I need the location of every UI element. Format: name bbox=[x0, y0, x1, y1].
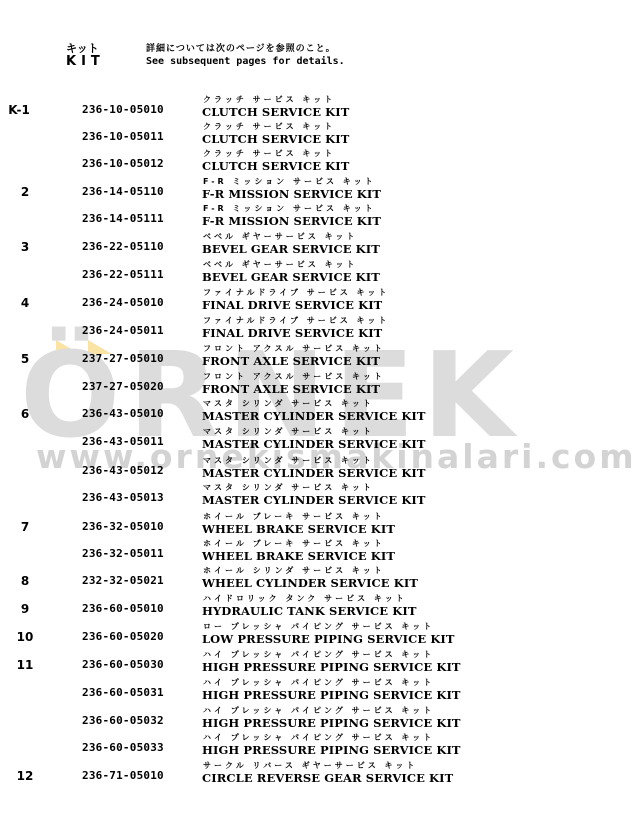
part-name-jp: フロント アクスル サービス キット bbox=[203, 343, 385, 354]
kit-list-item: 5 237-27-05010 フロント アクスル サービス キット FRONT … bbox=[0, 343, 638, 370]
kit-list-item: 6 236-43-05010 マスタ シリンダ サービス キット MASTER … bbox=[0, 398, 638, 425]
part-name: BEVEL GEAR SERVICE KIT bbox=[202, 242, 380, 256]
part-name: F-R MISSION SERVICE KIT bbox=[202, 214, 381, 228]
part-name-jp: ハイドロリック タンク サービス キット bbox=[203, 593, 407, 604]
part-name: WHEEL BRAKE SERVICE KIT bbox=[202, 522, 395, 536]
item-number: 9 bbox=[8, 602, 42, 616]
part-name-jp: クラッチ サービス キット bbox=[203, 94, 335, 105]
item-number: 12 bbox=[8, 769, 42, 783]
part-name: WHEEL CYLINDER SERVICE KIT bbox=[202, 576, 418, 590]
kit-list-item: 7 236-32-05010 ホイール ブレーキ サービス キット WHEEL … bbox=[0, 511, 638, 538]
kit-list-item: 236-10-05012 クラッチ サービス キット CLUTCH SERVIC… bbox=[0, 148, 638, 175]
part-name-jp: ハイ プレッシャ パイピング サービス キット bbox=[203, 649, 434, 660]
part-number: 236-22-05111 bbox=[82, 268, 164, 281]
item-number: 4 bbox=[8, 296, 42, 310]
item-number: 6 bbox=[8, 407, 42, 421]
kit-list-item: 236-14-05111 F-R ミッション サービス キット F-R MISS… bbox=[0, 203, 638, 230]
part-name-jp: マスタ シリンダ サービス キット bbox=[203, 482, 374, 493]
kit-list-item: 11 236-60-05030 ハイ プレッシャ パイピング サービス キット … bbox=[0, 649, 638, 676]
part-name: CIRCLE REVERSE GEAR SERVICE KIT bbox=[202, 771, 453, 785]
part-name: LOW PRESSURE PIPING SERVICE KIT bbox=[202, 632, 455, 646]
part-name: HYDRAULIC TANK SERVICE KIT bbox=[202, 604, 417, 618]
kit-list-item: 236-43-05012 マスタ シリンダ サービス キット MASTER CY… bbox=[0, 455, 638, 482]
part-number: 236-14-05111 bbox=[82, 212, 164, 225]
part-name-jp: ベベル ギヤーサービス キット bbox=[203, 259, 357, 270]
kit-list-item: 3 236-22-05110 ベベル ギヤーサービス キット BEVEL GEA… bbox=[0, 231, 638, 258]
part-name: HIGH PRESSURE PIPING SERVICE KIT bbox=[202, 688, 461, 702]
item-number: 10 bbox=[8, 630, 42, 644]
part-name-jp: マスタ シリンダ サービス キット bbox=[203, 455, 374, 466]
item-number: 7 bbox=[8, 520, 42, 534]
kit-heading: KIT bbox=[66, 54, 105, 69]
part-name-jp: ファイナルドライブ サービス キット bbox=[203, 315, 389, 326]
part-number: 236-60-05031 bbox=[82, 686, 164, 699]
part-number: 236-60-05020 bbox=[82, 630, 164, 643]
part-number: 236-10-05010 bbox=[82, 103, 164, 116]
kit-list-item: 237-27-05020 フロント アクスル サービス キット FRONT AX… bbox=[0, 371, 638, 398]
part-name: MASTER CYLINDER SERVICE KIT bbox=[202, 493, 426, 507]
part-number: 236-22-05110 bbox=[82, 240, 164, 253]
part-name: HIGH PRESSURE PIPING SERVICE KIT bbox=[202, 716, 461, 730]
part-number: 236-14-05110 bbox=[82, 185, 164, 198]
part-number: 236-24-05011 bbox=[82, 324, 164, 337]
part-name: FRONT AXLE SERVICE KIT bbox=[202, 382, 380, 396]
part-name: FRONT AXLE SERVICE KIT bbox=[202, 354, 380, 368]
kit-list-item: 9 236-60-05010 ハイドロリック タンク サービス キット HYDR… bbox=[0, 593, 638, 620]
part-number: 236-24-05010 bbox=[82, 296, 164, 309]
part-name: HIGH PRESSURE PIPING SERVICE KIT bbox=[202, 660, 461, 674]
part-name-jp: サークル リバース ギヤーサービス キット bbox=[203, 760, 417, 771]
kit-list-item: 236-24-05011 ファイナルドライブ サービス キット FINAL DR… bbox=[0, 315, 638, 342]
part-name: CLUTCH SERVICE KIT bbox=[202, 132, 349, 146]
part-name-jp: ホイール ブレーキ サービス キット bbox=[203, 511, 385, 522]
kit-list-item: 10 236-60-05020 ロー プレッシャ パイピング サービス キット … bbox=[0, 621, 638, 648]
kit-list-item: 8 232-32-05021 ホイール シリンダ サービス キット WHEEL … bbox=[0, 565, 638, 592]
part-number: 236-43-05011 bbox=[82, 435, 164, 448]
kit-list-item: K-1 236-10-05010 クラッチ サービス キット CLUTCH SE… bbox=[0, 94, 638, 121]
part-name-jp: ハイ プレッシャ パイピング サービス キット bbox=[203, 677, 434, 688]
part-number: 236-43-05013 bbox=[82, 491, 164, 504]
part-name: CLUTCH SERVICE KIT bbox=[202, 159, 349, 173]
kit-list-item: 236-22-05111 ベベル ギヤーサービス キット BEVEL GEAR … bbox=[0, 259, 638, 286]
part-name-jp: ホイール ブレーキ サービス キット bbox=[203, 538, 385, 549]
part-name-jp: クラッチ サービス キット bbox=[203, 148, 335, 159]
kit-list-item: 236-10-05011 クラッチ サービス キット CLUTCH SERVIC… bbox=[0, 121, 638, 148]
part-name: MASTER CYLINDER SERVICE KIT bbox=[202, 409, 426, 423]
part-number: 236-10-05012 bbox=[82, 157, 164, 170]
item-number: 3 bbox=[8, 240, 42, 254]
part-number: 236-10-05011 bbox=[82, 130, 164, 143]
kit-list-item: 236-43-05011 マスタ シリンダ サービス キット MASTER CY… bbox=[0, 426, 638, 453]
part-name-jp: クラッチ サービス キット bbox=[203, 121, 335, 132]
part-name: FINAL DRIVE SERVICE KIT bbox=[202, 298, 382, 312]
kit-list-item: 236-60-05032 ハイ プレッシャ パイピング サービス キット HIG… bbox=[0, 705, 638, 732]
item-number: 2 bbox=[8, 185, 42, 199]
part-number: 236-32-05010 bbox=[82, 520, 164, 533]
part-name: F-R MISSION SERVICE KIT bbox=[202, 187, 381, 201]
part-number: 236-60-05032 bbox=[82, 714, 164, 727]
part-name: MASTER CYLINDER SERVICE KIT bbox=[202, 466, 426, 480]
kit-list-item: 4 236-24-05010 ファイナルドライブ サービス キット FINAL … bbox=[0, 287, 638, 314]
item-number: 5 bbox=[8, 352, 42, 366]
kit-list-item: 236-32-05011 ホイール ブレーキ サービス キット WHEEL BR… bbox=[0, 538, 638, 565]
item-number: 11 bbox=[8, 658, 42, 672]
part-number: 237-27-05010 bbox=[82, 352, 164, 365]
part-name: CLUTCH SERVICE KIT bbox=[202, 105, 349, 119]
kit-list-item: 12 236-71-05010 サークル リバース ギヤーサービス キット CI… bbox=[0, 760, 638, 787]
part-name-jp: F-R ミッション サービス キット bbox=[203, 203, 376, 214]
part-name: HIGH PRESSURE PIPING SERVICE KIT bbox=[202, 743, 461, 757]
kit-list-item: 236-60-05033 ハイ プレッシャ パイピング サービス キット HIG… bbox=[0, 732, 638, 759]
part-number: 236-60-05033 bbox=[82, 741, 164, 754]
details-note: See subsequent pages for details. bbox=[146, 56, 345, 67]
part-number: 236-43-05012 bbox=[82, 464, 164, 477]
part-name: MASTER CYLINDER SERVICE KIT bbox=[202, 437, 426, 451]
parts-catalog-page: ÖRNEK www.ornekismakinalari.com.tr キット K… bbox=[0, 0, 638, 818]
part-number: 236-60-05030 bbox=[82, 658, 164, 671]
part-name: FINAL DRIVE SERVICE KIT bbox=[202, 326, 382, 340]
part-name-jp: ハイ プレッシャ パイピング サービス キット bbox=[203, 732, 434, 743]
part-name-jp: ファイナルドライブ サービス キット bbox=[203, 287, 389, 298]
details-note-jp: 詳細については次のページを参照のこと。 bbox=[146, 41, 336, 54]
part-name-jp: フロント アクスル サービス キット bbox=[203, 371, 385, 382]
part-number: 236-32-05011 bbox=[82, 547, 164, 560]
kit-list-item: 2 236-14-05110 F-R ミッション サービス キット F-R MI… bbox=[0, 176, 638, 203]
part-name-jp: マスタ シリンダ サービス キット bbox=[203, 426, 374, 437]
kit-list-item: 236-60-05031 ハイ プレッシャ パイピング サービス キット HIG… bbox=[0, 677, 638, 704]
item-number: 8 bbox=[8, 574, 42, 588]
kit-list-item: 236-43-05013 マスタ シリンダ サービス キット MASTER CY… bbox=[0, 482, 638, 509]
item-number: K-1 bbox=[2, 103, 36, 117]
part-number: 236-43-05010 bbox=[82, 407, 164, 420]
part-name-jp: ロー プレッシャ パイピング サービス キット bbox=[203, 621, 434, 632]
part-name-jp: ベベル ギヤーサービス キット bbox=[203, 231, 357, 242]
part-name-jp: ホイール シリンダ サービス キット bbox=[203, 565, 385, 576]
part-number: 232-32-05021 bbox=[82, 574, 164, 587]
part-number: 236-71-05010 bbox=[82, 769, 164, 782]
part-number: 237-27-05020 bbox=[82, 380, 164, 393]
part-name-jp: F-R ミッション サービス キット bbox=[203, 176, 376, 187]
part-name: WHEEL BRAKE SERVICE KIT bbox=[202, 549, 395, 563]
part-number: 236-60-05010 bbox=[82, 602, 164, 615]
part-name-jp: ハイ プレッシャ パイピング サービス キット bbox=[203, 705, 434, 716]
part-name-jp: マスタ シリンダ サービス キット bbox=[203, 398, 374, 409]
part-name: BEVEL GEAR SERVICE KIT bbox=[202, 270, 380, 284]
